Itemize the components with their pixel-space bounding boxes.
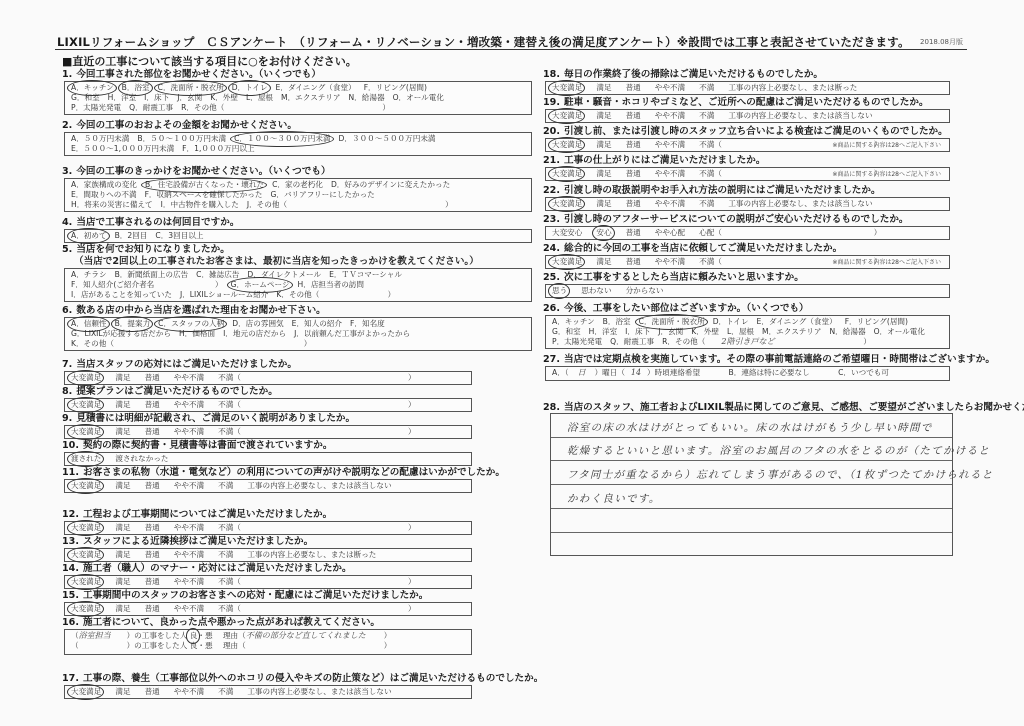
question-title: 契約の際に契約書・見積書等は書面で渡されていますか。 — [83, 440, 332, 451]
question-title: 今回工事された部位をお聞かせください。（いくつでも） — [76, 69, 321, 80]
option-item[interactable]: H．将来の災害に備えて — [71, 200, 153, 210]
option-item[interactable]: J．その他（ — [247, 200, 287, 210]
options-row: 大変満足満足普通やや不満不満工事の内容上必要なし、または断った — [71, 550, 465, 560]
option-item[interactable]: C．１００～３００万円未満 — [234, 134, 330, 144]
form-instruction: ■直近の工事について該当する項目に○をお付けください。 — [62, 53, 357, 69]
rating-option[interactable]: 大変満足 — [71, 373, 101, 383]
answer-box: 大変満足満足普通やや不満不満（ ）※商品に関する内容は28へご記入下さい — [545, 167, 950, 181]
question-title-row: 17.工事の際、養生（工事部位以外へのホコリの侵入やキズの防止策など）はご満足い… — [62, 673, 543, 685]
answer-box: A．キッチンB．浴室C．洗面所・脱衣所D．トイレE．ダイニング（食堂）F．リビン… — [545, 315, 950, 349]
question-title: 見積書には明細が記載され、ご満足のいく説明がありましたか。 — [76, 413, 355, 424]
question-10: 10.契約の際に契約書・見積書等は書面で渡されていますか。渡された渡されなかった — [62, 440, 472, 466]
rating-option[interactable]: 普通 — [145, 687, 160, 697]
rating-option[interactable]: 満足 — [115, 373, 130, 383]
rating-option[interactable]: 普通 — [145, 523, 160, 533]
option-item[interactable]: A．初めて — [71, 231, 107, 241]
rating-option[interactable]: 普通 — [145, 400, 160, 410]
option-item[interactable]: A．信頼性 — [71, 319, 107, 329]
rating-option[interactable]: 普通 — [145, 577, 160, 587]
option-item[interactable]: P．太陽光発電 — [71, 103, 121, 113]
question-number: 14. — [62, 563, 79, 574]
rating-option[interactable]: 不満 — [218, 550, 233, 560]
rating-option[interactable]: 普通 — [626, 111, 641, 121]
option-item[interactable]: E．５００～1,０００万円未満 — [71, 144, 174, 154]
option-item[interactable]: H．店担当者の訪問 — [298, 280, 364, 290]
question-number: 13. — [62, 536, 79, 547]
options-row: A．キッチンB．浴室C．洗面所・脱衣所D．トイレE．ダイニング（食堂）F．リビン… — [552, 317, 943, 327]
question-3: 3.今回の工事のきっかけをお聞かせください。（いくつでも） A．家族構成の変化B… — [62, 166, 532, 212]
rating-option[interactable]: 大変満足 — [71, 400, 101, 410]
rating-option[interactable]: 普通 — [145, 604, 160, 614]
question-title: 駐車・騒音・ホコリやゴミなど、ご近所への配慮はご満足いただけるものでしたか。 — [564, 97, 929, 108]
question-14: 14.施工者（職人）のマナー・応対にはご満足いただけましたか。大変満足満足普通や… — [62, 563, 472, 589]
open-paren: （ — [71, 631, 79, 640]
question-19: 19.駐車・騒音・ホコリやゴミなど、ご近所への配慮はご満足いただけるものでしたか… — [543, 97, 950, 123]
option-item[interactable]: E．知人の紹介 — [292, 319, 342, 329]
option-item[interactable]: B．提案力 — [115, 319, 151, 329]
rating-option[interactable]: 普通 — [626, 169, 641, 179]
rating-option[interactable]: 満足 — [115, 687, 130, 697]
question-title: 施工者（職人）のマナー・応対にはご満足いただけましたか。 — [83, 563, 352, 574]
option-item[interactable]: C．雑誌広告 — [196, 270, 239, 280]
options-row: P．太陽光発電Q．耐震工事R．その他（） — [71, 103, 525, 113]
option-item[interactable]: A．キッチン — [71, 83, 114, 93]
question-16: 16.施工者について、良かった点や悪かった点があれば教えてください。 （浴室担当… — [62, 617, 532, 655]
close-paren: ） — [445, 200, 453, 210]
worker-label: ）の工事をした人 — [127, 631, 188, 640]
options-row: G．LIXILが応援する店だからH．価格面I．地元の店だからJ．以前頼んだ工事が… — [71, 329, 525, 339]
option-item[interactable]: R．その他（ — [662, 337, 705, 347]
rating-option[interactable]: やや不満 — [174, 550, 204, 560]
rating-option[interactable]: 満足 — [596, 257, 611, 267]
option-item[interactable]: M．エクステリア — [281, 93, 340, 103]
option-item[interactable]: B．2回目 — [115, 231, 148, 241]
rating-option[interactable]: 普通 — [145, 481, 160, 491]
worker-label: ）の工事をした人 — [127, 641, 188, 650]
question-title-row: 15.工事期間中のスタッフのお客さまへの応対・配慮にはご満足いただけましたか。 — [62, 590, 472, 602]
hour-field[interactable]: 14 — [625, 368, 647, 378]
question-23: 23.引渡し時のアフターサービスについての説明がご安心いただけるものでしたか。大… — [543, 214, 950, 240]
question-title-row: 25.次に工事をするとしたら当店に頼みたいと思いますか。 — [543, 272, 950, 284]
answer-box: 大変満足満足普通やや不満不満工事の内容上必要なし、または該当しない — [545, 109, 950, 123]
option-item[interactable]: K．その他（ ） — [276, 290, 395, 300]
option-b[interactable]: B．連絡は特に必要なし — [729, 368, 810, 378]
question-24: 24.総合的に今回の工事を当店に依頼してご満足いただけましたか。大変満足満足普通… — [543, 243, 950, 269]
option-item[interactable]: G．LIXILが応援する店だから — [71, 329, 171, 339]
question-22: 22.引渡し時の取扱説明やお手入れ方法の説明にはご満足いただけましたか。大変満足… — [543, 185, 950, 211]
option-item[interactable]: B．５０～１００万円未満 — [137, 134, 226, 144]
rating-option[interactable]: 工事の内容上必要なし、または該当しない — [247, 481, 391, 491]
option-item[interactable]: N．給湯器 — [349, 93, 385, 103]
question-9: 9.見積書には明細が記載され、ご満足のいく説明がありましたか。大変満足満足普通や… — [62, 413, 472, 439]
answer-box: 大変満足満足普通やや不満不満工事の内容上必要なし、または断った — [545, 81, 950, 95]
day-field[interactable]: 日 — [569, 368, 595, 378]
question-title-row: 22.引渡し時の取扱説明やお手入れ方法の説明にはご満足いただけましたか。 — [543, 185, 950, 197]
option-item[interactable]: J．玄関 — [658, 327, 683, 337]
question-number: 22. — [543, 185, 560, 196]
options-row: H．将来の災害に備えてI．中古物件を購入したJ．その他（） — [71, 200, 525, 210]
option-item[interactable]: D．トイレ — [232, 83, 268, 93]
option-item[interactable]: O．オール電化 — [874, 327, 925, 337]
good-option[interactable]: 良 — [190, 641, 198, 651]
rating-option[interactable]: やや不満 — [174, 577, 204, 587]
question-number: 4. — [62, 217, 72, 228]
question-title: 当店では定期点検を実施しています。その際の事前電話連絡のご希望曜日・時間帯はござ… — [564, 354, 995, 365]
answer-box: A．５０万円未満B．５０～１００万円未満C．１００～３００万円未満D．３００～５… — [64, 132, 532, 156]
option-item[interactable]: F．知人紹介(ご紹介者名 ） — [71, 280, 223, 290]
rating-option[interactable]: 大変満足 — [71, 687, 101, 697]
option-item[interactable]: K．外壁 — [691, 327, 719, 337]
close-paren: ） — [384, 631, 392, 640]
question-title: 今回の工事のきっかけをお聞かせください。（いくつでも） — [76, 166, 330, 177]
option-item[interactable]: E．間取りへの不満 — [71, 190, 137, 200]
question-title: 引渡し時の取扱説明やお手入れ方法の説明にはご満足いただけましたか。 — [564, 185, 881, 196]
question-number: 21. — [543, 155, 560, 166]
rule-line — [551, 508, 952, 509]
question-title: 数ある店の中から当店を選ばれた理由をお聞かせ下さい。 — [76, 305, 325, 316]
option-item[interactable]: E．ダイニング（食堂） — [757, 317, 837, 327]
rating-option[interactable]: 普通 — [145, 373, 160, 383]
rating-option[interactable]: 大変安心 — [552, 228, 582, 238]
question-title-row: 18.毎日の作業終了後の掃除はご満足いただけるものでしたか。 — [543, 69, 950, 81]
rating-option[interactable]: 満足 — [596, 169, 611, 179]
answer-box: 大変満足満足普通やや不満不満工事の内容上必要なし、または該当しない — [545, 197, 950, 211]
rating-option[interactable]: 満足 — [596, 111, 611, 121]
answer-box: A．家族構成の変化B．住宅設備が古くなった・壊れたC．家の老朽化D．好みのデザイ… — [64, 178, 532, 212]
option-item[interactable]: J．以前頼んだ工事がよかったから — [294, 329, 410, 339]
rating-option[interactable]: 安心 — [596, 228, 611, 238]
rating-option[interactable]: 満足 — [115, 550, 130, 560]
option-item[interactable]: H．洋室 — [589, 327, 618, 337]
close-paren: ） — [384, 641, 392, 650]
answer-box: 大変満足満足普通やや不満不満工事の内容上必要なし、または該当しない — [64, 685, 472, 699]
rating-option[interactable]: やや不満 — [655, 140, 685, 150]
hour-suffix: ）時頃連絡希望 — [647, 368, 700, 377]
rating-option[interactable]: 普通 — [626, 228, 641, 238]
question-title: 引渡し前、または引渡し時のスタッフ立ち合いによる検査はご満足のいくものでしたか。 — [564, 126, 948, 137]
option-item[interactable]: C．3回目以上 — [155, 231, 203, 241]
rating-option[interactable]: 普通 — [145, 550, 160, 560]
options-row: K．その他（ ） — [71, 339, 525, 349]
rating-option[interactable]: 大変満足 — [552, 169, 582, 179]
option-item[interactable]: K．外壁 — [210, 93, 238, 103]
option-item[interactable]: L．屋根 — [727, 327, 754, 337]
question-26: 26.今後、工事をしたい部位はございますか。（いくつでも） A．キッチンB．浴室… — [543, 303, 1013, 349]
question-title: 工事の仕上がりにはご満足いただけましたか。 — [564, 155, 765, 166]
rating-option[interactable]: 思わない — [581, 286, 611, 296]
rating-option[interactable]: 不満（ ） — [218, 577, 415, 587]
question-title-row: 12.工程および工事期間についてはご満足いただけましたか。 — [62, 509, 472, 521]
options-row: F．知人紹介(ご紹介者名 ）G．ホームページH．店担当者の訪問 — [71, 280, 525, 290]
option-item[interactable]: L．屋根 — [246, 93, 273, 103]
question-title-row: 9.見積書には明細が記載され、ご満足のいく説明がありましたか。 — [62, 413, 472, 425]
option-item[interactable]: F．リビング(居間) — [364, 83, 427, 93]
option-c[interactable]: C．いつでも可 — [838, 368, 889, 378]
note-text: ※商品に関する内容は28へご記入下さい — [832, 258, 941, 268]
question-17: 17.工事の際、養生（工事部位以外へのホコリの侵入やキズの防止策など）はご満足い… — [62, 673, 543, 699]
rating-option[interactable]: 大変満足 — [71, 481, 101, 491]
answer-box: A．信頼性B．提案力C．スタッフの人柄D．店の雰囲気E．知人の紹介F．知名度 G… — [64, 317, 532, 351]
option-item[interactable]: G．バリアフリーにしたかった — [270, 190, 374, 200]
comment-line-1: 浴室の床の水はけがとってもいい。床の水はけがもう少し早い時間で — [567, 420, 933, 435]
rating-option[interactable]: やや不満 — [655, 83, 685, 93]
option-item[interactable]: R．その他（ — [181, 103, 224, 113]
question-title: お客さまの私物（水道・電気など）の利用についての声がけや説明などの配慮はいかがで… — [83, 467, 505, 478]
rating-option[interactable]: 満足 — [596, 199, 611, 209]
question-2: 2.今回の工事のおおよその金額をお聞かせください。 A．５０万円未満B．５０～１… — [62, 120, 532, 156]
rating-option[interactable]: 大変満足 — [71, 577, 101, 587]
question-number: 2. — [62, 120, 72, 131]
option-item[interactable]: B．住宅設備が古くなった・壊れた — [145, 180, 264, 190]
option-item[interactable]: F．知名度 — [350, 319, 385, 329]
rating-option[interactable]: 大変満足 — [71, 523, 101, 533]
rating-option[interactable]: 分からない — [626, 286, 664, 296]
rating-option[interactable]: 大変満足 — [552, 257, 582, 267]
rating-option[interactable]: 大変満足 — [71, 604, 101, 614]
bad-option[interactable]: 悪 — [205, 641, 213, 651]
question-number: 3. — [62, 166, 72, 177]
rating-option[interactable]: 不満 — [699, 199, 714, 209]
question-number: 11. — [62, 467, 79, 478]
option-item[interactable]: I．地元の店だから — [223, 329, 286, 339]
option-item[interactable]: H．洋室 — [108, 93, 137, 103]
option-item[interactable]: G．和室 — [71, 93, 100, 103]
option-item[interactable]: F．1,０００万円以上 — [182, 144, 254, 154]
worker-trade-field[interactable]: 浴室担当 — [79, 631, 127, 641]
option-item[interactable]: C．スタッフの人柄 — [158, 319, 224, 329]
rating-option[interactable]: 不満 — [218, 481, 233, 491]
rating-option[interactable]: 満足 — [596, 140, 611, 150]
good-option[interactable]: 良 — [190, 631, 198, 641]
rating-option[interactable]: 不満（ ） — [218, 400, 415, 410]
rating-option[interactable]: 大変満足 — [552, 111, 582, 121]
answer-box: 大変満足満足普通やや不満不満工事の内容上必要なし、または該当しない — [64, 479, 472, 493]
rating-option[interactable]: 工事の内容上必要なし、または該当しない — [728, 111, 872, 121]
rating-option[interactable]: 普通 — [145, 427, 160, 437]
question-title: 工事期間中のスタッフのお客さまへの応対・配慮にはご満足いただけましたか。 — [83, 590, 428, 601]
option-item[interactable]: A．チラシ — [71, 270, 107, 280]
option-item[interactable]: O．オール電化 — [393, 93, 444, 103]
options-row: A．５０万円未満B．５０～１００万円未満C．１００～３００万円未満D．３００～５… — [71, 134, 525, 144]
option-item[interactable]: E．ＴＶコマーシャル — [329, 270, 402, 280]
rating-option[interactable]: 工事の内容上必要なし、または断った — [728, 83, 857, 93]
option-item[interactable]: F．収納スペースを確保したかった — [145, 190, 263, 200]
option-item[interactable]: A．キッチン — [552, 317, 595, 327]
question-title: 工程および工事期間についてはご満足いただけましたか。 — [83, 509, 332, 520]
rating-option[interactable]: 工事の内容上必要なし、または断った — [247, 550, 376, 560]
option-item[interactable]: B．新聞紙面上の広告 — [115, 270, 189, 280]
answer-box: 大変満足満足普通やや不満不満工事の内容上必要なし、または断った — [64, 548, 472, 562]
question-title: 工事の際、養生（工事部位以外へのホコリの侵入やキズの防止策など）はご満足いただけ… — [83, 673, 543, 684]
option-a-label[interactable]: A．（ — [552, 368, 569, 377]
question-number: 28. — [543, 402, 560, 413]
question-number: 8. — [62, 386, 72, 397]
answer-box: A．（日）曜日（14）時頃連絡希望 B．連絡は特に必要なし C．いつでも可 — [545, 366, 950, 381]
option-item[interactable]: B．浴室 — [603, 317, 631, 327]
question-title-row: 14.施工者（職人）のマナー・応対にはご満足いただけましたか。 — [62, 563, 472, 575]
rating-option[interactable]: 普通 — [626, 199, 641, 209]
option-item[interactable]: C．洗面所・脱衣所 — [639, 317, 705, 327]
rating-option[interactable]: 不満（ ） — [218, 523, 415, 533]
question-number: 24. — [543, 243, 560, 254]
option-item[interactable]: E．ダイニング（食堂） — [276, 83, 356, 93]
rating-option[interactable]: やや不満 — [655, 169, 685, 179]
option-item[interactable]: C．家の老朽化 — [272, 180, 323, 190]
question-8: 8.提案プランはご満足いただけるものでしたか。大変満足満足普通やや不満不満（ ） — [62, 386, 472, 412]
rating-option[interactable]: やや不満 — [655, 111, 685, 121]
question-4: 4.当店で工事されるのは何回目ですか。 A．初めてB．2回目C．3回目以上 — [62, 217, 532, 243]
question-title-row: 8.提案プランはご満足いただけるものでしたか。 — [62, 386, 472, 398]
option-item[interactable]: I．床下 — [144, 93, 169, 103]
option-item[interactable]: J．LIXILショールーム紹介 — [180, 290, 268, 300]
rating-option[interactable]: 大変満足 — [552, 199, 582, 209]
option-item[interactable]: A．５０万円未満 — [71, 134, 129, 144]
rating-option[interactable]: やや不満 — [174, 373, 204, 383]
rating-option[interactable]: 工事の内容上必要なし、または該当しない — [247, 687, 391, 697]
reason-field[interactable]: 不備の部分など直してくれました — [246, 631, 384, 641]
rating-option[interactable]: 大変満足 — [552, 140, 582, 150]
question-13: 13.スタッフによる近隣挨拶はご満足いただけましたか。大変満足満足普通やや不満不… — [62, 536, 472, 562]
rating-option[interactable]: 工事の内容上必要なし、または該当しない — [728, 199, 872, 209]
rating-option[interactable]: 大変満足 — [71, 427, 101, 437]
options-row: G．和室H．洋室I．床下J．玄関K．外壁L．屋根M．エクステリアN．給湯器O．オ… — [552, 327, 943, 337]
options-row: 大変満足満足普通やや不満不満工事の内容上必要なし、または該当しない — [552, 111, 943, 121]
rating-option[interactable]: 満足 — [115, 577, 130, 587]
option-item[interactable]: I．中古物件を購入した — [161, 200, 239, 210]
rating-option[interactable]: 不満（ ） — [218, 373, 415, 383]
rating-option[interactable]: やや心配 — [655, 228, 685, 238]
option-item[interactable]: C．洗面所・脱衣所 — [158, 83, 224, 93]
bad-option[interactable]: 悪 — [205, 631, 213, 641]
options-row: A．信頼性B．提案力C．スタッフの人柄D．店の雰囲気E．知人の紹介F．知名度 — [71, 319, 525, 329]
rating-option[interactable]: 大変満足 — [552, 83, 582, 93]
option-item[interactable]: Q．耐震工事 — [129, 103, 173, 113]
option-item[interactable]: M．エクステリア — [762, 327, 821, 337]
options-row: 大変満足満足普通やや不満不満（ ） — [71, 577, 465, 587]
options-row: A．初めてB．2回目C．3回目以上 — [71, 231, 525, 241]
option-item[interactable]: I．床下 — [625, 327, 650, 337]
other-text-field[interactable]: 2階引き戸など — [713, 337, 863, 347]
answer-box: 大変満足満足普通やや不満不満（ ） — [64, 575, 472, 589]
rating-option[interactable]: 満足 — [115, 523, 130, 533]
option-item[interactable]: D．トイレ — [713, 317, 749, 327]
question-title: 毎日の作業終了後の掃除はご満足いただけるものでしたか。 — [564, 69, 823, 80]
question-20: 20.引渡し前、または引渡し時のスタッフ立ち合いによる検査はご満足のいくものでし… — [543, 126, 950, 152]
rating-option[interactable]: 大変満足 — [71, 550, 101, 560]
options-row: E．間取りへの不満F．収納スペースを確保したかったG．バリアフリーにしたかった — [71, 190, 525, 200]
option-item[interactable]: J．玄関 — [177, 93, 202, 103]
question-18: 18.毎日の作業終了後の掃除はご満足いただけるものでしたか。大変満足満足普通やや… — [543, 69, 950, 95]
question-title-row: 19.駐車・騒音・ホコリやゴミなど、ご近所への配慮はご満足いただけるものでしたか… — [543, 97, 950, 109]
rating-option[interactable]: 渡されなかった — [115, 454, 168, 464]
rating-option[interactable]: 普通 — [626, 257, 641, 267]
option-item[interactable]: D．店の雰囲気 — [232, 319, 283, 329]
options-row: 渡された渡されなかった — [71, 454, 465, 464]
question-number: 18. — [543, 69, 560, 80]
rating-option[interactable]: やや不満 — [174, 400, 204, 410]
options-row: 大変満足満足普通やや不満不満（ ） — [71, 373, 465, 383]
question-number: 5. — [62, 244, 72, 255]
question-11: 11.お客さまの私物（水道・電気など）の利用についての声がけや説明などの配慮はい… — [62, 467, 505, 493]
option-item[interactable]: N．給湯器 — [830, 327, 866, 337]
answer-box: A．キッチンB．浴室C．洗面所・脱衣所D．トイレE．ダイニング（食堂）F．リビン… — [64, 81, 532, 115]
options-row: A．家族構成の変化B．住宅設備が古くなった・壊れたC．家の老朽化D．好みのデザイ… — [71, 180, 525, 190]
rating-option[interactable]: 満足 — [596, 83, 611, 93]
comment-textarea[interactable]: 浴室の床の水はけがとってもいい。床の水はけがもう少し早い時間で 乾燥するといいと… — [550, 413, 953, 556]
answer-box: 大変満足満足普通やや不満不満（ ）※商品に関する内容は28へご記入下さい — [545, 138, 950, 152]
rating-option[interactable]: 不満（ ） — [218, 427, 415, 437]
rating-option[interactable]: 不満 — [699, 83, 714, 93]
options-row: 大変満足満足普通やや不満不満（ ） — [71, 604, 465, 614]
option-item[interactable]: Q．耐震工事 — [610, 337, 654, 347]
rating-option[interactable]: 渡された — [71, 454, 101, 464]
rating-option[interactable]: 不満 — [218, 687, 233, 697]
answer-box: A．初めてB．2回目C．3回目以上 — [64, 229, 532, 243]
rating-option[interactable]: 思う — [552, 286, 567, 296]
question-title-row: 11.お客さまの私物（水道・電気など）の利用についての声がけや説明などの配慮はい… — [62, 467, 505, 479]
rating-option[interactable]: 普通 — [626, 140, 641, 150]
option-item[interactable]: G．ホームページ — [231, 280, 290, 290]
rating-option[interactable]: 不満 — [699, 111, 714, 121]
question-title: 提案プランはご満足いただけるものでしたか。 — [76, 386, 277, 397]
rating-option[interactable]: やや不満 — [655, 199, 685, 209]
comment-line-2: 乾燥するといいと思います。浴室のお風呂のフタの水をとるのが（たてかけると — [567, 443, 990, 458]
question-number: 1. — [62, 69, 72, 80]
rating-option[interactable]: 不満（ ） — [218, 604, 415, 614]
comment-line-3: フタ同士が重なるから）忘れてしまう事があるので、（1枚ずつたてかけられると — [567, 467, 994, 482]
separator: ・ — [197, 641, 205, 650]
options-row: 大変満足満足普通やや不満不満（ ） — [71, 400, 465, 410]
rating-option[interactable]: 満足 — [115, 604, 130, 614]
rating-option[interactable]: 満足 — [115, 427, 130, 437]
option-item[interactable]: K．その他（ ） — [71, 339, 311, 349]
question-15: 15.工事期間中のスタッフのお客さまへの応対・配慮にはご満足いただけましたか。大… — [62, 590, 472, 616]
rating-option[interactable]: 心配（ ） — [699, 228, 881, 238]
rating-option[interactable]: やや不満 — [174, 604, 204, 614]
question-number: 20. — [543, 126, 560, 137]
rating-option[interactable]: 満足 — [115, 400, 130, 410]
rule-line — [551, 484, 952, 485]
comment-line-4: かわく良いです。 — [567, 491, 661, 506]
options-row: A．キッチンB．浴室C．洗面所・脱衣所D．トイレE．ダイニング（食堂）F．リビン… — [71, 83, 525, 93]
option-item[interactable]: G．和室 — [552, 327, 581, 337]
answer-box: 大変安心安心普通やや心配心配（ ） — [545, 226, 950, 240]
rating-option[interactable]: やや不満 — [655, 257, 685, 267]
option-item[interactable]: I．店があることを知っていた — [71, 290, 172, 300]
question-title: スタッフによる近隣挨拶はご満足いただけましたか。 — [83, 536, 313, 547]
question-title: 次に工事をするとしたら当店に頼みたいと思いますか。 — [564, 272, 804, 283]
option-item[interactable]: A．家族構成の変化 — [71, 180, 137, 190]
option-item[interactable]: D．３００～５００万円未満 — [339, 134, 436, 144]
rating-option[interactable]: やや不満 — [174, 523, 204, 533]
rating-option[interactable]: 満足 — [115, 481, 130, 491]
survey-form-page: LIXILリフォームショップ ＣＳアンケート （リフォーム・リノベーション・増改… — [0, 0, 1024, 726]
rating-option[interactable]: 普通 — [626, 83, 641, 93]
answer-box: A．チラシB．新聞紙面上の広告C．雑誌広告D．ダイレクトメールE．ＴＶコマーシャ… — [64, 268, 532, 302]
rating-option[interactable]: やや不満 — [174, 427, 204, 437]
edition-label: 2018.08月版 — [920, 37, 963, 47]
day-suffix: ）曜日（ — [595, 368, 625, 377]
option-item[interactable]: P．太陽光発電 — [552, 337, 602, 347]
rating-option[interactable]: やや不満 — [174, 481, 204, 491]
option-item[interactable]: H．価格面 — [179, 329, 215, 339]
option-item[interactable]: B．浴室 — [122, 83, 150, 93]
rating-option[interactable]: やや不満 — [174, 687, 204, 697]
options-row: 思う思わない分からない — [552, 286, 943, 296]
option-item[interactable]: D．好みのデザインに変えたかった — [331, 180, 450, 190]
question-title: 施工者について、良かった点や悪かった点があれば教えてください。 — [83, 617, 380, 628]
option-item[interactable]: F．リビング(居間) — [845, 317, 908, 327]
